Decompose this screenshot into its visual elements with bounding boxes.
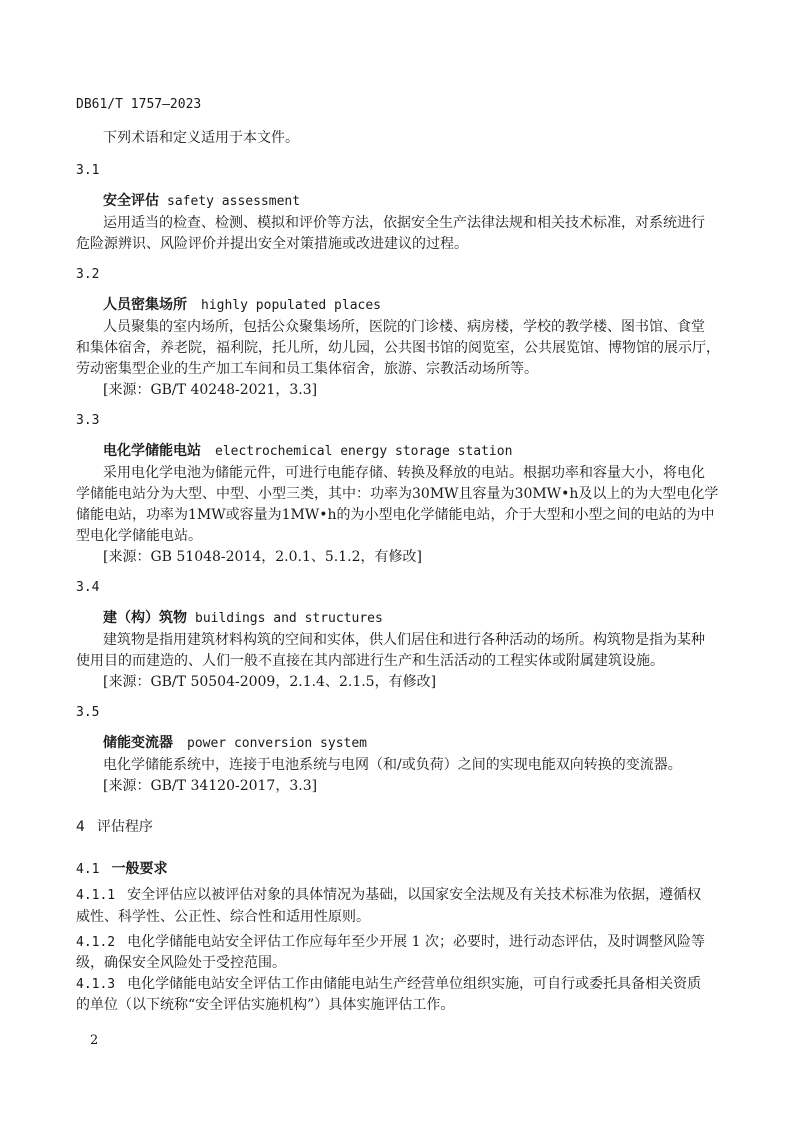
term-zh: 储能变流器 [103,735,173,751]
clause: 4.1.1安全评估应以被评估对象的具体情况为基础，以国家安全法规及有关技术标准为… [76,886,701,905]
term-body-line: 人员聚集的室内场所，包括公众聚集场所，医院的门诊楼、病房楼，学校的教学楼、图书馆… [103,318,705,336]
term-en: buildings and structures [195,611,383,626]
term-body-line: 使用目的而建造的、人们一般不直接在其内部进行生产和生活活动的工程实体或附属建筑设… [76,652,664,670]
clause-number: 4.1.1 [76,888,115,903]
intro-text: 下列术语和定义适用于本文件。 [103,129,299,147]
section-heading: 4评估程序 [76,818,153,836]
term-body-line: 危险源辨识、风险评价并提出安全对策措施或改进建议的过程。 [76,235,468,253]
term-heading: 建（构）筑物buildings and structures [103,609,383,628]
term-body-line: 建筑物是指用建筑材料构筑的空间和实体，供人们居住和进行各种活动的场所。构筑物是指… [103,631,705,649]
clause-text: 安全评估应以被评估对象的具体情况为基础，以国家安全法规及有关技术标准为依据，遵循… [127,887,701,903]
subsection-heading: 4.1一般要求 [76,860,167,879]
term-body-line: 电化学储能系统中，连接于电池系统与电网（和/或负荷）之间的实现电能双向转换的变流… [103,756,682,774]
subsection-title: 一般要求 [111,861,167,877]
term-zh: 电化学储能电站 [103,443,201,459]
term-body-line: 储能电站，功率为1MW或容量为1MW•h的为小型电化学储能电站，介于大型和小型之… [76,506,715,524]
clause: 4.1.3电化学储能电站安全评估工作由储能电站生产经营单位组织实施，可自行或委托… [76,975,701,994]
term-zh: 人员密集场所 [103,297,187,313]
term-number: 3.4 [76,579,99,597]
subsection-number: 4.1 [76,862,99,877]
clause: 4.1.2电化学储能电站安全评估工作应每年至少开展 1 次；必要时，进行动态评估… [76,933,705,952]
term-number: 3.5 [76,704,99,722]
term-body-line: 和集体宿舍，养老院，福利院，托儿所，幼儿园，公共图书馆的阅览室，公共展览馆、博物… [76,339,720,357]
term-heading: 人员密集场所highly populated places [103,296,381,315]
term-heading: 储能变流器power conversion system [103,734,367,753]
term-body-line: 型电化学储能电站。 [76,527,202,545]
term-en: safety assessment [167,194,300,209]
document-code: DB61/T 1757—2023 [76,96,201,114]
clause-text-line: 威性、科学性、公正性、综合性和适用性原则。 [76,908,370,926]
section-number: 4 [76,819,85,835]
section-title: 评估程序 [97,819,153,835]
term-heading: 安全评估safety assessment [103,192,300,211]
term-en: highly populated places [201,298,381,313]
term-source: [来源：GB/T 34120-2017，3.3] [103,777,317,795]
term-zh: 安全评估 [103,193,159,209]
term-en: power conversion system [187,736,367,751]
term-source: [来源：GB/T 50504-2009，2.1.4、2.1.5，有修改] [103,673,436,691]
term-source: [来源：GB 51048-2014，2.0.1、5.1.2，有修改] [103,548,422,566]
term-zh: 建（构）筑物 [103,610,187,626]
term-body-line: 学储能电站分为大型、中型、小型三类，其中：功率为30MW且容量为30MW•h及以… [76,485,718,503]
term-number: 3.3 [76,412,99,430]
clause-text-line: 的单位（以下统称“安全评估实施机构”）具体实施评估工作。 [76,996,454,1014]
term-body-line: 劳动密集型企业的生产加工车间和员工集体宿舍，旅游、宗教活动场所等。 [76,360,538,378]
clause-number: 4.1.2 [76,935,115,950]
clause-number: 4.1.3 [76,977,115,992]
clause-text: 电化学储能电站安全评估工作由储能电站生产经营单位组织实施，可自行或委托具备相关资… [127,976,701,992]
term-number: 3.1 [76,162,99,180]
term-en: electrochemical energy storage station [215,444,512,459]
clause-text-line: 级，确保安全风险处于受控范围。 [76,954,286,972]
term-body-line: 采用电化学电池为储能元件，可进行电能存储、转换及释放的电站。根据功率和容量大小，… [103,464,705,482]
term-heading: 电化学储能电站electrochemical energy storage st… [103,442,512,461]
term-source: [来源：GB/T 40248-2021，3.3] [103,381,317,399]
term-number: 3.2 [76,266,99,284]
clause-text: 电化学储能电站安全评估工作应每年至少开展 1 次；必要时，进行动态评估，及时调整… [127,934,705,950]
term-body-line: 运用适当的检查、检测、模拟和评价等方法，依据安全生产法律法规和相关技术标准，对系… [103,214,705,232]
page-number: 2 [90,1033,98,1048]
